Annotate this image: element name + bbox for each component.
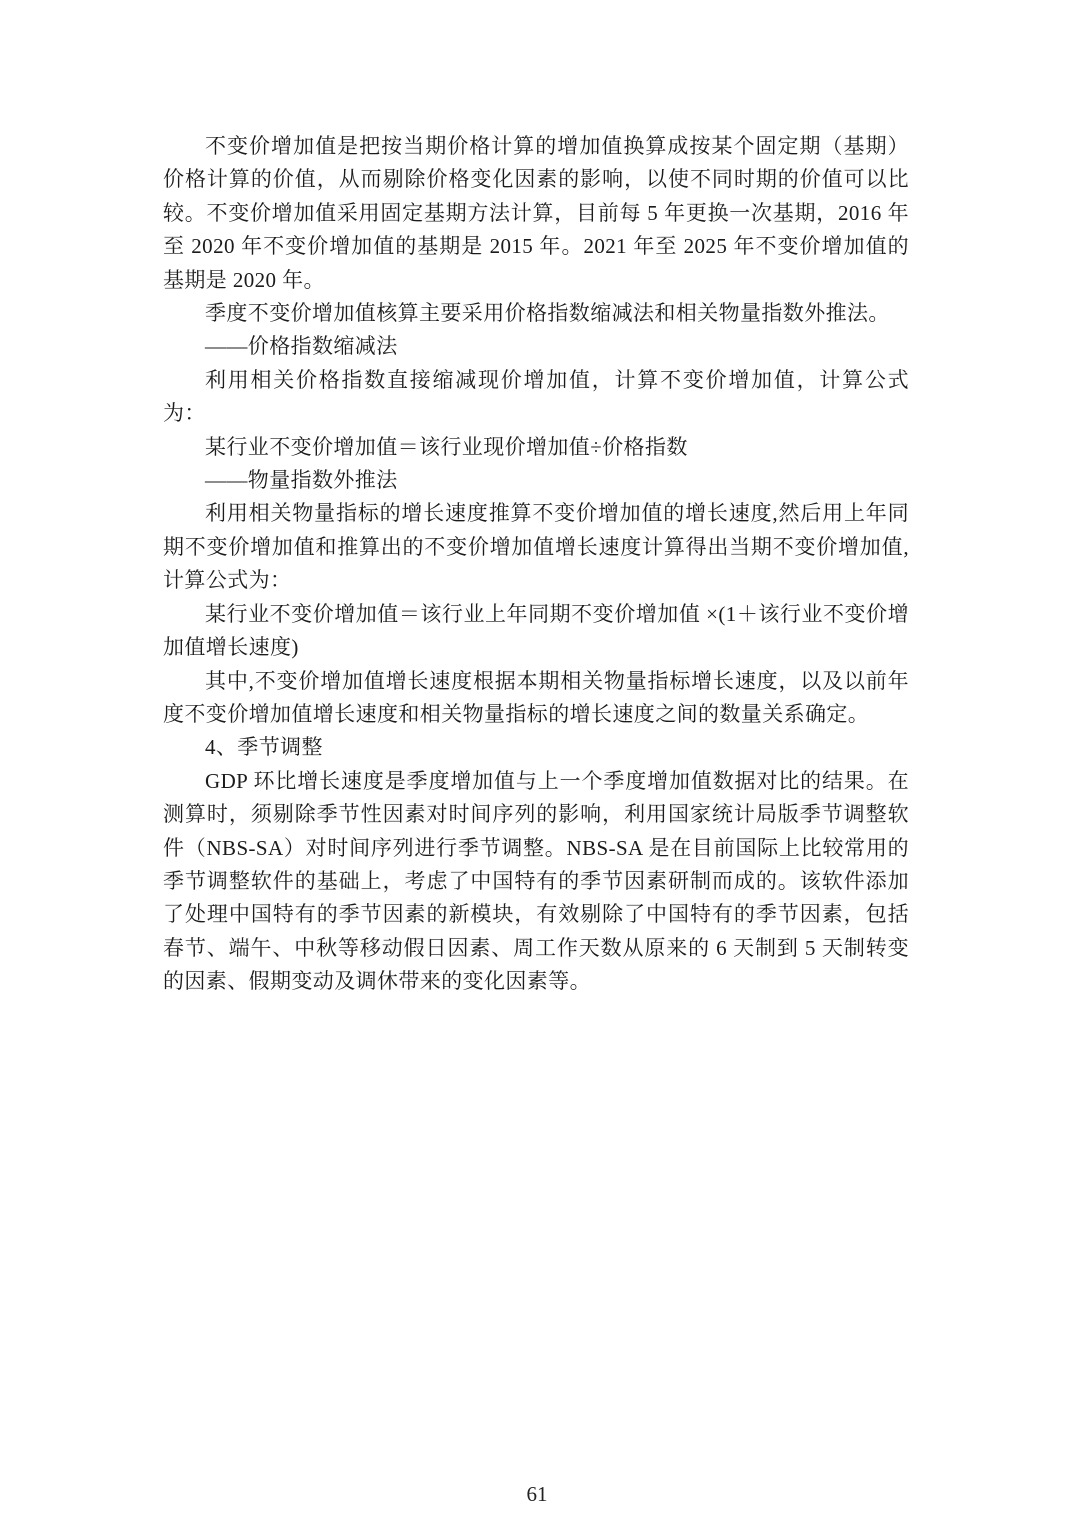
heading-seasonal-adjustment: 4、季节调整 xyxy=(163,731,909,764)
para-growth-rate-determination: 其中,不变价增加值增长速度根据本期相关物量指标增长速度，以及以前年度不变价增加值… xyxy=(163,665,909,732)
document-page: 不变价增加值是把按当期价格计算的增加值换算成按某个固定期（基期）价格计算的价值，… xyxy=(0,0,1074,1520)
heading-price-index-deflation-method: ——价格指数缩减法 xyxy=(163,330,909,363)
para-volume-index-method-description: 利用相关物量指标的增长速度推算不变价增加值的增长速度,然后用上年同期不变价增加值… xyxy=(163,497,909,597)
para-quarterly-method-overview: 季度不变价增加值核算主要采用价格指数缩减法和相关物量指数外推法。 xyxy=(163,297,909,330)
para-constant-price-definition: 不变价增加值是把按当期价格计算的增加值换算成按某个固定期（基期）价格计算的价值，… xyxy=(163,130,909,297)
formula-price-index-deflation: 某行业不变价增加值＝该行业现价增加值÷价格指数 xyxy=(163,431,909,464)
document-body: 不变价增加值是把按当期价格计算的增加值换算成按某个固定期（基期）价格计算的价值，… xyxy=(163,130,909,999)
formula-volume-index-extrapolation: 某行业不变价增加值＝该行业上年同期不变价增加值 ×(1＋该行业不变价增加值增长速… xyxy=(163,598,909,665)
heading-volume-index-extrapolation-method: ——物量指数外推法 xyxy=(163,464,909,497)
page-number: 61 xyxy=(0,1482,1074,1507)
para-price-index-method-description: 利用相关价格指数直接缩减现价增加值，计算不变价增加值，计算公式为： xyxy=(163,364,909,431)
para-seasonal-adjustment-description: GDP 环比增长速度是季度增加值与上一个季度增加值数据对比的结果。在测算时，须剔… xyxy=(163,765,909,999)
